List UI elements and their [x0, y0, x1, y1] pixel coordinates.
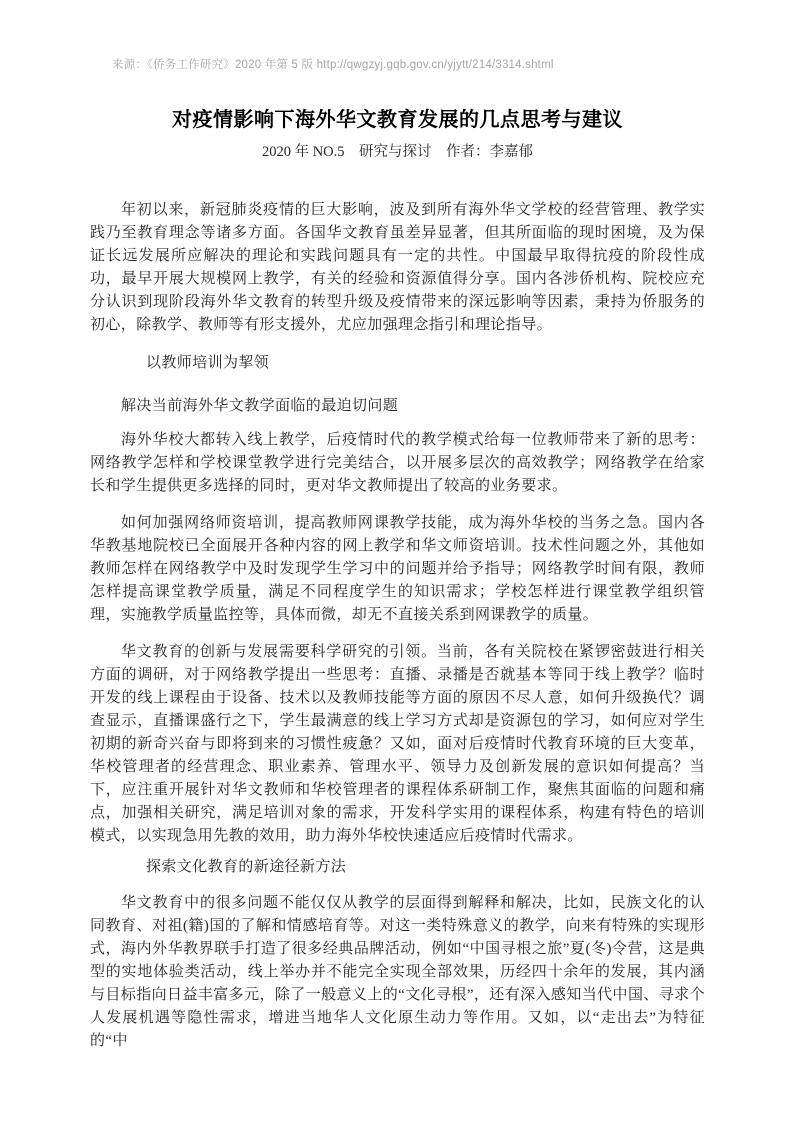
body-paragraph: 华文教育的创新与发展需要科学研究的引领。当前，各有关院校在紧锣密鼓进行相关方面的… — [90, 641, 705, 848]
standalone-line: 解决当前海外华文教学面临的最迫切问题 — [90, 395, 705, 418]
body-paragraph: 年初以来，新冠肺炎疫情的巨大影响，波及到所有海外华文学校的经营管理、教学实践乃至… — [90, 199, 705, 337]
article-body: 年初以来，新冠肺炎疫情的巨大影响，波及到所有海外华文学校的经营管理、教学实践乃至… — [90, 199, 705, 1053]
body-paragraph: 如何加强网络师资培训，提高教师网课教学技能，成为海外华校的当务之急。国内各华教基… — [90, 512, 705, 627]
document-title: 对疫情影响下海外华文教育发展的几点思考与建议 — [90, 108, 705, 132]
source-line: 来源：《侨务工作研究》2020 年第 5 版 http://qwgzyj.gqb… — [112, 56, 705, 72]
document-page: 来源：《侨务工作研究》2020 年第 5 版 http://qwgzyj.gqb… — [0, 0, 794, 1123]
document-meta: 2020 年 NO.5 研究与探讨 作者：李嘉郁 — [90, 144, 705, 161]
body-paragraph: 海外华校大都转入线上教学，后疫情时代的教学模式给每一位教师带来了新的思考：网络教… — [90, 429, 705, 498]
section-heading: 探索文化教育的新途径新方法 — [90, 856, 705, 879]
body-paragraph: 华文教育中的很多问题不能仅仅从教学的层面得到解释和解决，比如，民族文化的认同教育… — [90, 892, 705, 1053]
section-heading: 以教师培训为挈领 — [90, 352, 705, 375]
